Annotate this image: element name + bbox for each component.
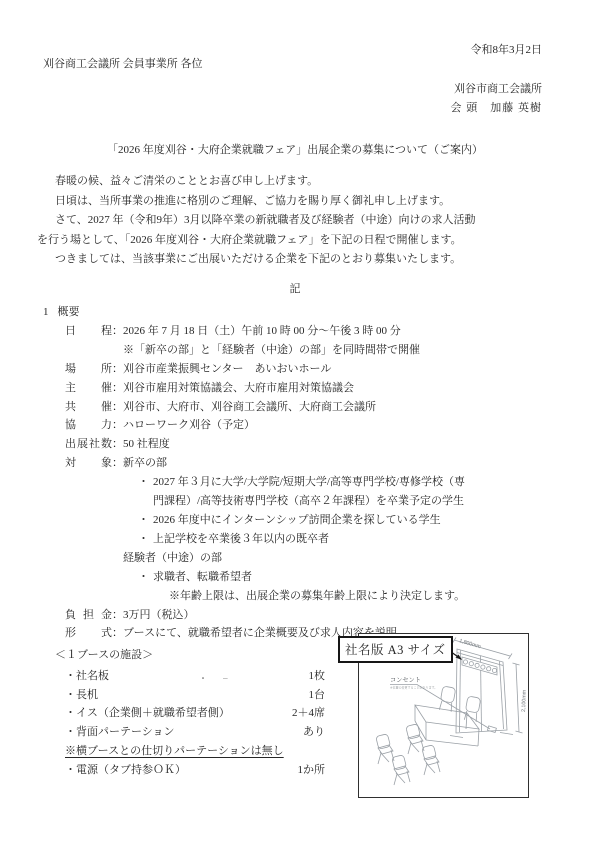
cohost-value: 刈谷市、大府市、刈谷商工会議所、大府商工会議所	[123, 398, 563, 417]
height-dimension-line	[516, 664, 519, 732]
overview-row-host: 主催 ： 刈谷市雇用対策協議会、大府市雇用対策協議会	[65, 379, 563, 398]
sender-president: 会 頭 加藤 英樹	[451, 99, 543, 115]
host-value: 刈谷市雇用対策協議会、大府市雇用対策協議会	[123, 379, 563, 398]
booth-count-value: 50 社程度	[123, 435, 563, 454]
company-chair-1	[439, 686, 456, 712]
paragraph-announce-line2: を行う場として、「2026 年度刈谷・大府企業就職フェア」を下記の日程で開催しま…	[37, 231, 554, 251]
booth-item-nameboard: ・社名板 1枚	[65, 667, 325, 686]
target-group-newgrad: 新卒の部	[123, 454, 563, 473]
visitor-chair-1	[376, 734, 394, 764]
booth-item-power: ・電源（タブ持参ＯＫ） 1か所	[65, 761, 325, 780]
place-value: 刈谷市産業振興センター あいおいホール	[123, 360, 563, 379]
schedule-note: ※「新卒の部」と「経験者（中途）の部」を同時間帯で開催	[123, 341, 563, 360]
booth-item-table: ・長机 1台	[65, 686, 325, 705]
fee-value: 3万円（税込）	[123, 606, 563, 625]
booth-item-chairs: ・イス（企業側＋就職希望者側） 2＋4席	[65, 704, 325, 723]
outlet-small-note: ※位置の変更することがあります。	[390, 685, 437, 690]
support-value: ハローワーク刈谷（予定）	[123, 416, 563, 435]
outlet-label: コンセント	[390, 677, 421, 684]
schedule-value: 2026 年 7 月 18 日（土）午前 10 時 00 分～午後 3 時 00…	[123, 322, 563, 341]
overview-section: 1概要 日程 ： 2026 年 7 月 18 日（土）午前 10 時 00 分～…	[43, 303, 563, 643]
paragraph-thanks: 日頃は、当所事業の推進に格別のご理解、ご協力を賜り厚く御礼申し上げます。	[37, 192, 554, 212]
greeting-paragraphs: 春暖の候、益々ご清栄のこととお喜び申し上げます。 日頃は、当所事業の推進に格別の…	[37, 172, 554, 270]
overview-row-fee: 負担金 ： 3万円（税込）	[65, 606, 563, 625]
paragraph-greeting: 春暖の候、益々ご清栄のこととお喜び申し上げます。	[37, 172, 554, 192]
issue-date: 令和8年3月2日	[471, 41, 543, 57]
target-bullet-2: ・ 2026 年度中にインターンシップ訪問企業を探している学生	[138, 511, 563, 530]
width-dimension-label: 1,800mm	[458, 638, 481, 650]
print-artifact-marks: ・ −	[198, 670, 234, 685]
table-top	[415, 705, 479, 729]
paragraph-recruit: つきましては、当該事業にご出展いただける企業を下記のとおり募集いたします。	[37, 250, 554, 270]
target-age-note: ※年齢上限は、出展企業の募集年齢上限により決定します。	[169, 587, 563, 606]
outlet	[487, 726, 496, 733]
overview-row-place: 場所 ： 刈谷市産業振興センター あいおいホール	[65, 360, 563, 379]
overview-row-booth-count: 出展社数 ： 50 社程度	[65, 435, 563, 454]
visitor-chair-3	[392, 755, 410, 785]
booth-facility-heading: ＜１ブースの施設＞	[55, 646, 153, 662]
ki-separator: 記	[0, 280, 590, 296]
booth-partition-note: ※横ブースとの仕切りパーテーションは無し	[65, 742, 325, 761]
target-bullet-4: ・ 求職者、転職希望者	[138, 568, 563, 587]
visitor-chair-2	[406, 724, 424, 754]
section-title: 概要	[58, 306, 80, 318]
target-group-midcareer: 経験者（中途）の部	[123, 549, 563, 568]
booth-item-partition: ・背面パーテーション あり	[65, 723, 325, 742]
document-title: 「2026 年度刈谷・大府企業就職フェア」出展企業の募集について（ご案内）	[0, 141, 590, 157]
overview-row-support: 協力 ： ハローワーク刈谷（予定）	[65, 416, 563, 435]
overview-row-target: 対象 ： 新卒の部 ・ 2027 年３月に大学/大学院/短期大学/高等専門学校/…	[65, 454, 563, 605]
section-heading: 1概要	[43, 303, 563, 322]
height-dimension-label: 2,100mm	[521, 689, 528, 712]
nameboard-callout: 社名版 A3 サイズ	[338, 636, 453, 663]
paragraph-announce-line1: さて、2027 年（令和9年）3月以降卒業の新就職者及び経験者（中途）向けの求人…	[37, 211, 554, 231]
section-number: 1	[43, 303, 49, 322]
target-bullet-3: ・ 上記学校を卒業後３年以内の既卒者	[138, 530, 563, 549]
visitor-chair-4	[422, 745, 440, 775]
overview-row-schedule: 日程 ： 2026 年 7 月 18 日（土）午前 10 時 00 分～午後 3…	[65, 322, 563, 360]
booth-facility-list: ・社名板 1枚 ・長机 1台 ・イス（企業側＋就職希望者側） 2＋4席 ・背面パ…	[65, 667, 325, 779]
recipient-line: 刈谷商工会議所 会員事業所 各位	[43, 55, 203, 71]
sender-organization: 刈谷市商工会議所	[454, 80, 542, 96]
target-bullet-1: ・ 2027 年３月に大学/大学院/短期大学/高等専門学校/専修学校（専 門課程…	[138, 473, 563, 511]
overview-row-cohost: 共催 ： 刈谷市、大府市、刈谷商工会議所、大府商工会議所	[65, 398, 563, 417]
document-page: 令和8年3月2日 刈谷商工会議所 会員事業所 各位 刈谷市商工会議所 会 頭 加…	[0, 0, 590, 841]
